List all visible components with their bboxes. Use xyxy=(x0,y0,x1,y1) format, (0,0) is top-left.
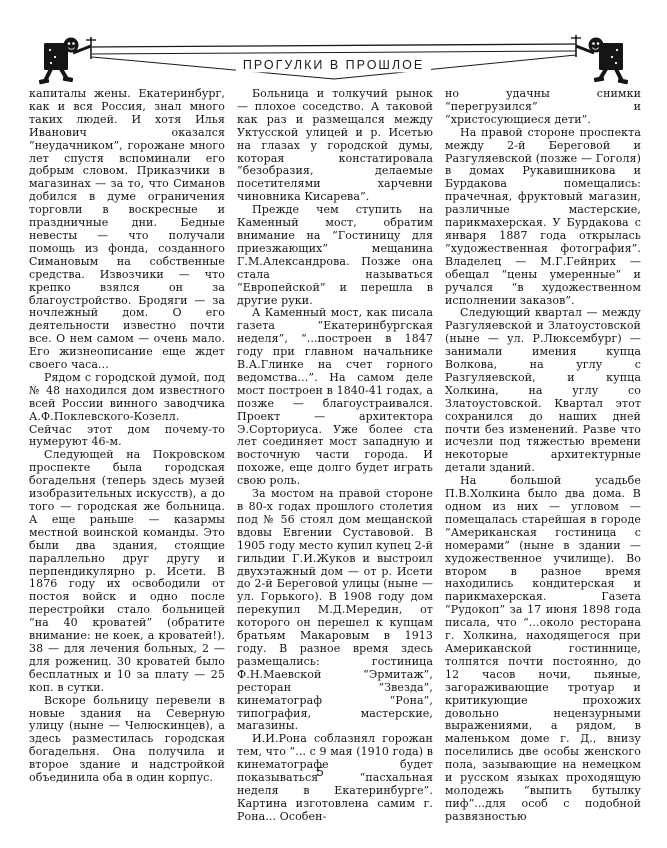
paragraph: Следующий квартал — между Разгуляевской … xyxy=(445,307,641,475)
paragraph: За мостом на правой стороне в 80-х годах… xyxy=(237,488,433,733)
walker-figure-left-icon xyxy=(39,38,91,85)
page-footer: 5 xyxy=(0,761,640,780)
paragraph: Следующей на Покровском проспекте была г… xyxy=(29,449,225,694)
page-container: ПРОГУЛКИ В ПРОШЛОЕ капиталы жены. Екатер… xyxy=(0,0,667,848)
paragraph: но удачны снимки “перегрузился” и “христ… xyxy=(445,88,641,127)
scanned-page: { "header": { "title": "ПРОГУЛКИ В ПРОШЛ… xyxy=(0,0,667,848)
paragraph: А Каменный мост, как писала газета “Екат… xyxy=(237,307,433,488)
paragraph: Больница и толкучий рынок — плохое сосед… xyxy=(237,88,433,204)
paragraph: Рядом с городской думой, под № 48 находи… xyxy=(29,372,225,449)
text-column-3: но удачны снимки “перегрузился” и “христ… xyxy=(445,88,641,824)
paragraph: Прежде чем ступить на Каменный мост, обр… xyxy=(237,204,433,307)
paragraph: капиталы жены. Екатеринбург, как и вся Р… xyxy=(29,88,225,372)
paragraph: На правой стороне проспекта между 2-й Бе… xyxy=(445,127,641,308)
walker-figure-right-icon xyxy=(576,38,628,85)
header-banner xyxy=(0,28,667,88)
wire-lines xyxy=(92,44,576,79)
text-column-2: Больница и толкучий рынок — плохое сосед… xyxy=(237,88,433,824)
article-columns: капиталы жены. Екатеринбург, как и вся Р… xyxy=(29,88,641,824)
page-number: 5 xyxy=(316,764,323,779)
text-column-1: капиталы жены. Екатеринбург, как и вся Р… xyxy=(29,88,225,824)
